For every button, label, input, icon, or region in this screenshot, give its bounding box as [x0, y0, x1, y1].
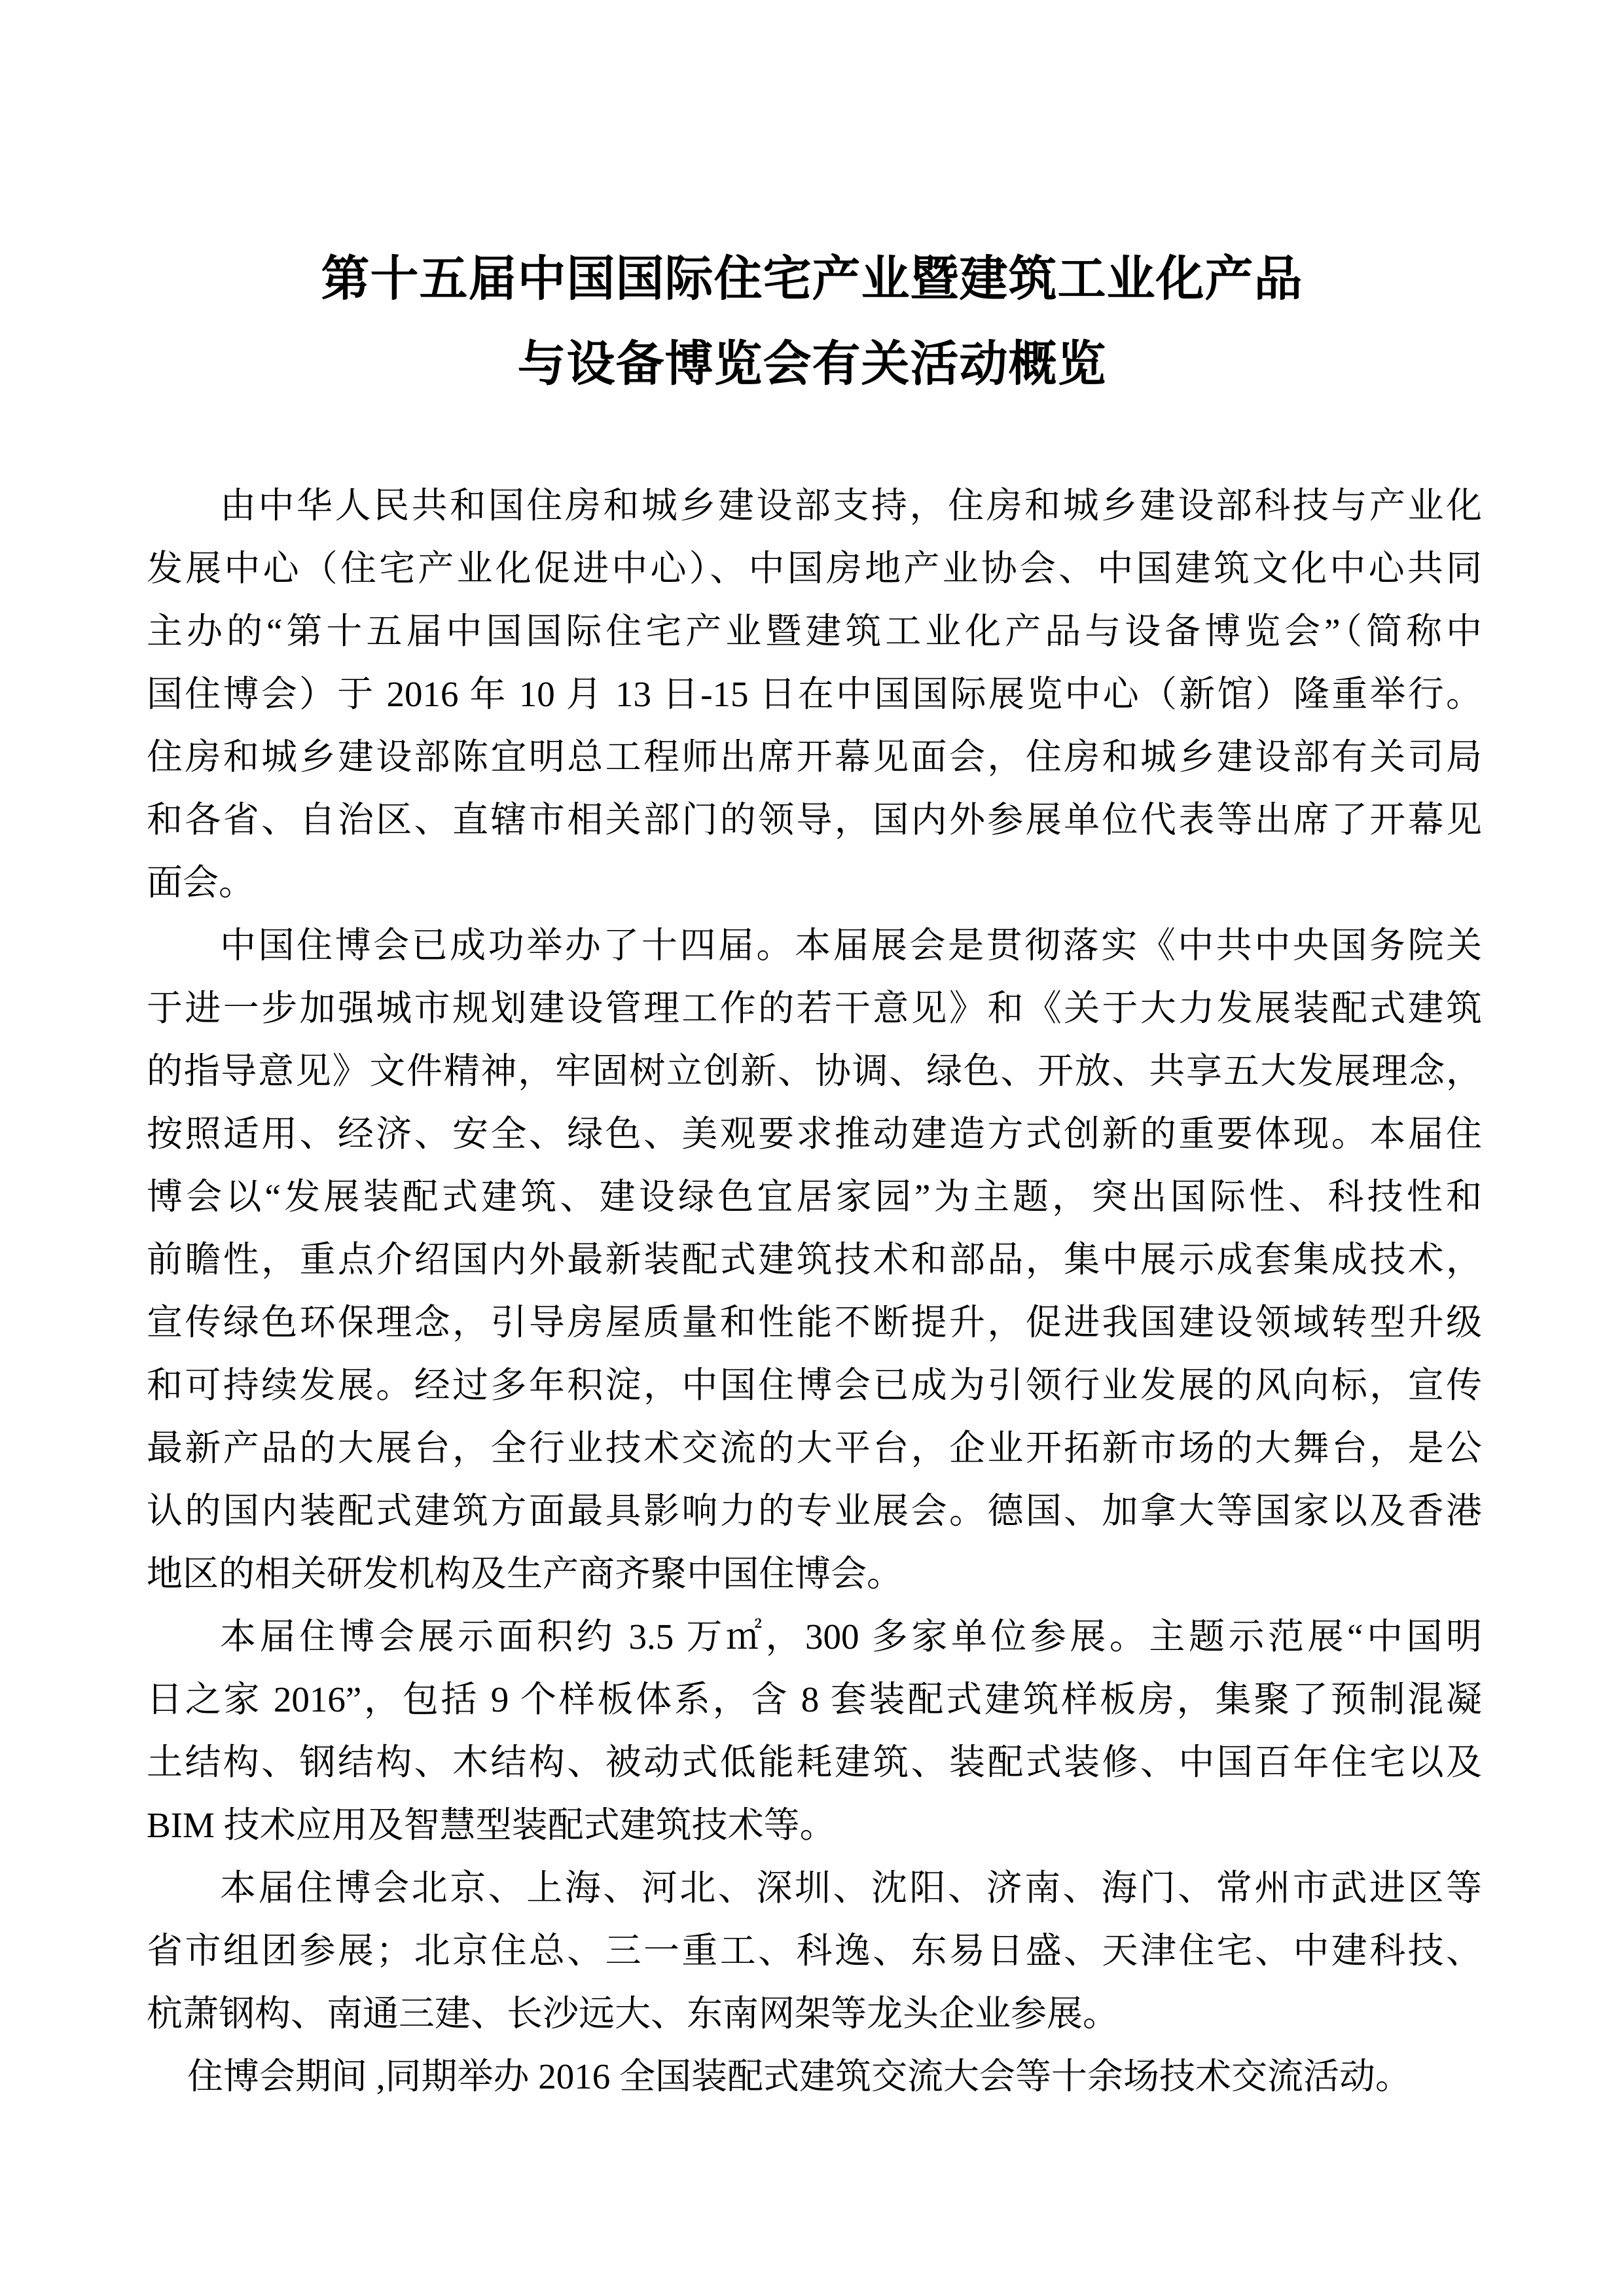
body-line: 前瞻性，重点介绍国内外最新装配式建筑技术和部品，集中展示成套集成技术，: [147, 1229, 1482, 1291]
paragraph-1: 由中华人民共和国住房和城乡建设部支持，住房和城乡建设部科技与产业化发展中心（住宅…: [147, 475, 1482, 914]
body-line: 省市组团参展；北京住总、三一重工、科逸、东易日盛、天津住宅、中建科技、: [147, 1920, 1482, 1982]
paragraph-4: 本届住博会北京、上海、河北、深圳、沈阳、济南、海门、常州市武进区等省市组团参展；…: [147, 1857, 1482, 2045]
body-line: 住房和城乡建设部陈宜明总工程师出席开幕见面会，住房和城乡建设部有关司局: [147, 726, 1482, 789]
document-title-line-1: 第十五届中国国际住宅产业暨建筑工业化产品: [0, 236, 1624, 321]
document-title: 第十五届中国国际住宅产业暨建筑工业化产品 与设备博览会有关活动概览: [0, 236, 1624, 406]
body-line: 主办的“第十五届中国国际住宅产业暨建筑工业化产品与设备博览会”（简称中: [147, 600, 1482, 663]
body-line: 和各省、自治区、直辖市相关部门的领导，国内外参展单位代表等出席了开幕见: [147, 789, 1482, 852]
body-line: 认的国内装配式建筑方面最具影响力的专业展会。德国、加拿大等国家以及香港: [147, 1480, 1482, 1543]
body-line: 于进一步加强城市规划建设管理工作的若干意见》和《关于大力发展装配式建筑: [147, 977, 1482, 1040]
body-line: 日之家 2016”，包括 9 个样板体系，含 8 套装配式建筑样板房，集聚了预制…: [147, 1668, 1482, 1731]
document-body: 由中华人民共和国住房和城乡建设部支持，住房和城乡建设部科技与产业化发展中心（住宅…: [147, 475, 1482, 2108]
body-line: 杭萧钢构、南通三建、长沙远大、东南网架等龙头企业参展。: [147, 1982, 1482, 2045]
paragraph-2: 中国住博会已成功举办了十四届。本届展会是贯彻落实《中共中央国务院关于进一步加强城…: [147, 914, 1482, 1605]
body-line: 住博会期间 ,同期举办 2016 全国装配式建筑交流大会等十余场技术交流活动。: [147, 2045, 1482, 2108]
paragraph-3: 本届住博会展示面积约 3.5 万㎡，300 多家单位参展。主题示范展“中国明日之…: [147, 1605, 1482, 1857]
body-line: 最新产品的大展台，全行业技术交流的大平台，企业开拓新市场的大舞台，是公: [147, 1417, 1482, 1480]
body-line: 中国住博会已成功举办了十四届。本届展会是贯彻落实《中共中央国务院关: [147, 914, 1482, 977]
body-line: 国住博会）于 2016 年 10 月 13 日-15 日在中国国际展览中心（新馆…: [147, 663, 1482, 726]
document-title-line-2: 与设备博览会有关活动概览: [0, 321, 1624, 406]
body-line: 和可持续发展。经过多年积淀，中国住博会已成为引领行业发展的风向标，宣传: [147, 1354, 1482, 1417]
body-line: BIM 技术应用及智慧型装配式建筑技术等。: [147, 1794, 1482, 1857]
document-page: 第十五届中国国际住宅产业暨建筑工业化产品 与设备博览会有关活动概览 由中华人民共…: [0, 0, 1624, 2296]
body-line: 本届住博会展示面积约 3.5 万㎡，300 多家单位参展。主题示范展“中国明: [147, 1605, 1482, 1668]
body-line: 的指导意见》文件精神，牢固树立创新、协调、绿色、开放、共享五大发展理念，: [147, 1040, 1482, 1103]
body-line: 博会以“发展装配式建筑、建设绿色宜居家园”为主题，突出国际性、科技性和: [147, 1166, 1482, 1229]
paragraph-5: 住博会期间 ,同期举办 2016 全国装配式建筑交流大会等十余场技术交流活动。: [147, 2045, 1482, 2108]
body-line: 由中华人民共和国住房和城乡建设部支持，住房和城乡建设部科技与产业化: [147, 475, 1482, 537]
body-line: 面会。: [147, 852, 1482, 914]
body-line: 土结构、钢结构、木结构、被动式低能耗建筑、装配式装修、中国百年住宅以及: [147, 1731, 1482, 1794]
body-line: 宣传绿色环保理念，引导房屋质量和性能不断提升，促进我国建设领域转型升级: [147, 1291, 1482, 1354]
body-line: 发展中心（住宅产业化促进中心）、中国房地产业协会、中国建筑文化中心共同: [147, 537, 1482, 600]
body-line: 地区的相关研发机构及生产商齐聚中国住博会。: [147, 1543, 1482, 1605]
body-line: 本届住博会北京、上海、河北、深圳、沈阳、济南、海门、常州市武进区等: [147, 1857, 1482, 1920]
body-line: 按照适用、经济、安全、绿色、美观要求推动建造方式创新的重要体现。本届住: [147, 1103, 1482, 1166]
